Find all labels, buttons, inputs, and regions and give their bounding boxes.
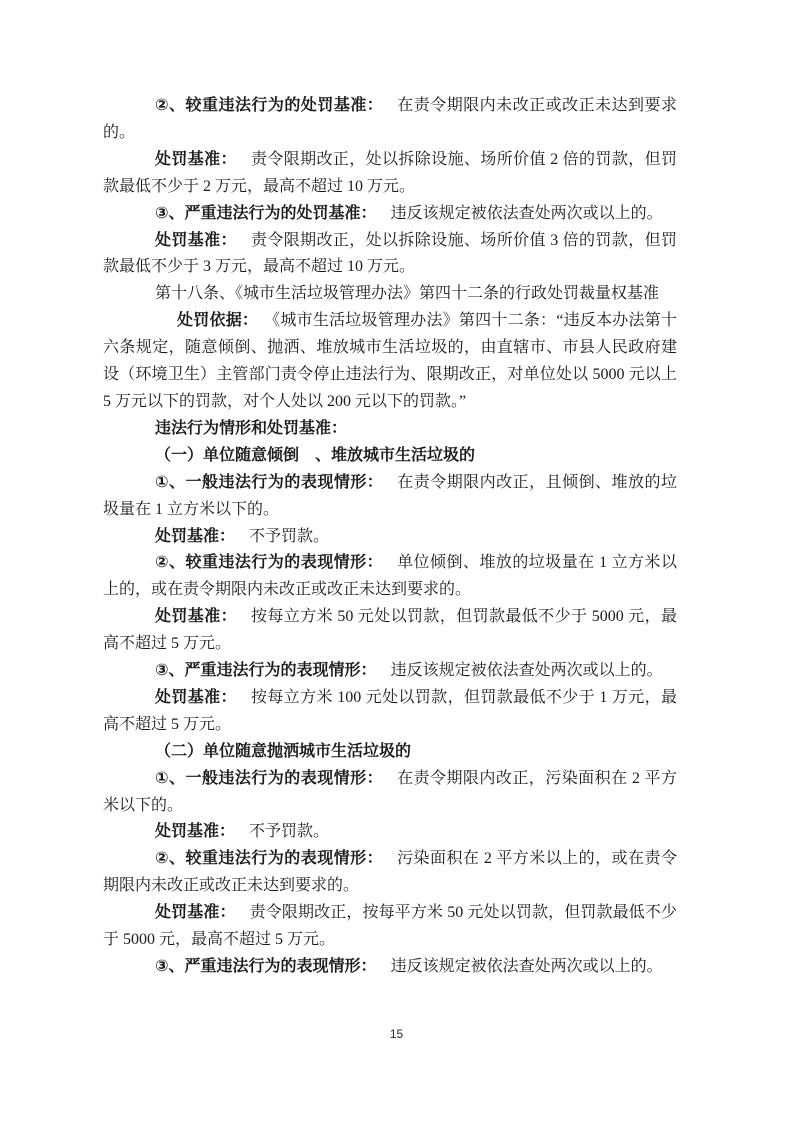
paragraph: 第十八条、《城市生活垃圾管理办法》第四十二条的行政处罚裁量权基准 bbox=[103, 281, 677, 308]
paragraph: （二）单位随意抛洒城市生活垃圾的 bbox=[103, 739, 677, 766]
paragraph-text: 违反该规定被依法查处两次或以上的。 bbox=[391, 958, 663, 975]
paragraph-label: 处罚基准： bbox=[155, 151, 237, 168]
paragraph-label: （二）单位随意抛洒城市生活垃圾的 bbox=[155, 743, 411, 760]
paragraph: ①、一般违法行为的表现情形：在责令期限内改正，污染面积在 2 平方米以下的。 bbox=[103, 766, 677, 820]
paragraph: ①、一般违法行为的表现情形：在责令期限内改正，且倾倒、堆放的垃圾量在 1 立方米… bbox=[103, 470, 677, 524]
paragraph-label: 处罚基准： bbox=[155, 232, 237, 249]
paragraph-text: 第十八条、《城市生活垃圾管理办法》第四十二条的行政处罚裁量权基准 bbox=[155, 285, 659, 302]
paragraph-label: ③、严重违法行为的表现情形： bbox=[155, 958, 377, 975]
paragraph-label: （一）单位随意倾倒 、堆放城市生活垃圾的 bbox=[155, 447, 475, 464]
paragraph: ②、较重违法行为的表现情形：污染面积在 2 平方米以上的，或在责令期限内未改正或… bbox=[103, 846, 677, 900]
paragraph: 违法行为情形和处罚基准： bbox=[103, 416, 677, 443]
paragraph-text: 不予罚款。 bbox=[249, 528, 329, 545]
paragraph-label: ①、一般违法行为的表现情形： bbox=[155, 474, 383, 491]
paragraph: 处罚基准：按每立方米 50 元处以罚款，但罚款最低不少于 5000 元，最高不超… bbox=[103, 604, 677, 658]
paragraph-label: ②、较重违法行为的处罚基准： bbox=[155, 97, 383, 114]
document-body: ②、较重违法行为的处罚基准：在责令期限内未改正或改正未达到要求的。处罚基准：责令… bbox=[103, 93, 677, 981]
paragraph-label: 处罚基准： bbox=[155, 904, 236, 921]
paragraph-label: 处罚基准： bbox=[155, 608, 237, 625]
paragraph: ③、严重违法行为的表现情形：违反该规定被依法查处两次或以上的。 bbox=[103, 954, 677, 981]
paragraph: 处罚基准：按每立方米 100 元处以罚款，但罚款最低不少于 1 万元，最高不超过… bbox=[103, 685, 677, 739]
paragraph: 处罚依据：《城市生活垃圾管理办法》第四十二条：“违反本办法第十六条规定，随意倾倒… bbox=[103, 308, 677, 416]
paragraph: 处罚基准：责令限期改正，按每平方米 50 元处以罚款，但罚款最低不少于 5000… bbox=[103, 900, 677, 954]
paragraph: 处罚基准：不予罚款。 bbox=[103, 524, 677, 551]
paragraph: 处罚基准：责令限期改正，处以拆除设施、场所价值 2 倍的罚款，但罚款最低不少于 … bbox=[103, 147, 677, 201]
paragraph-label: 处罚基准： bbox=[155, 528, 235, 545]
paragraph-label: 处罚基准： bbox=[155, 823, 235, 840]
paragraph-label: ③、严重违法行为的表现情形： bbox=[155, 662, 377, 679]
paragraph-label: ③、严重违法行为的处罚基准： bbox=[155, 205, 377, 222]
paragraph-label: ②、较重违法行为的表现情形： bbox=[155, 850, 383, 867]
paragraph-label: 违法行为情形和处罚基准： bbox=[155, 420, 347, 437]
document-page: ②、较重违法行为的处罚基准：在责令期限内未改正或改正未达到要求的。处罚基准：责令… bbox=[0, 0, 793, 1122]
paragraph-label: ①、一般违法行为的表现情形： bbox=[155, 770, 383, 787]
paragraph: 处罚基准：不予罚款。 bbox=[103, 819, 677, 846]
page-number: 15 bbox=[0, 1027, 793, 1041]
paragraph-text: 违反该规定被依法查处两次或以上的。 bbox=[391, 662, 663, 679]
paragraph-text: 不予罚款。 bbox=[249, 823, 329, 840]
paragraph-label: 处罚依据： bbox=[177, 312, 258, 329]
paragraph-text: 违反该规定被依法查处两次或以上的。 bbox=[391, 205, 663, 222]
paragraph: ③、严重违法行为的处罚基准：违反该规定被依法查处两次或以上的。 bbox=[103, 201, 677, 228]
paragraph: ③、严重违法行为的表现情形：违反该规定被依法查处两次或以上的。 bbox=[103, 658, 677, 685]
paragraph: ②、较重违法行为的处罚基准：在责令期限内未改正或改正未达到要求的。 bbox=[103, 93, 677, 147]
paragraph-label: ②、较重违法行为的表现情形： bbox=[155, 554, 383, 571]
paragraph: （一）单位随意倾倒 、堆放城市生活垃圾的 bbox=[103, 443, 677, 470]
paragraph: 处罚基准：责令限期改正，处以拆除设施、场所价值 3 倍的罚款，但罚款最低不少于 … bbox=[103, 228, 677, 282]
paragraph: ②、较重违法行为的表现情形：单位倾倒、堆放的垃圾量在 1 立方米以上的，或在责令… bbox=[103, 550, 677, 604]
paragraph-label: 处罚基准： bbox=[155, 689, 237, 706]
